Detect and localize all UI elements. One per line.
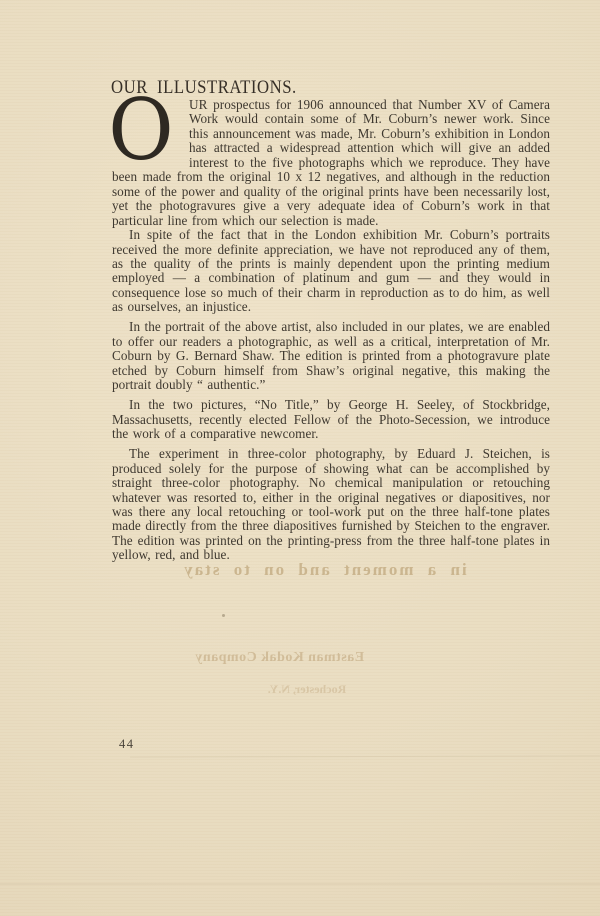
page-number: 44 <box>119 737 135 752</box>
paragraph: In the two pictures, “No Title,” by Geor… <box>112 398 550 441</box>
show-through-text: in a moment and on to stay <box>137 560 512 580</box>
paragraph: OUR prospectus for 1906 announced that N… <box>112 98 550 228</box>
show-through-text: Rochester, N.Y. <box>252 682 362 697</box>
paragraph-text: UR prospectus for 1906 announced that Nu… <box>112 97 550 228</box>
paper-crease <box>130 755 600 757</box>
scanned-book-page: OUR ILLUSTRATIONS. OUR prospectus for 19… <box>0 0 600 916</box>
paragraph: In the portrait of the above artist, als… <box>112 320 550 392</box>
text-column: OUR prospectus for 1906 announced that N… <box>112 98 550 563</box>
drop-cap: O <box>112 99 170 162</box>
paper-crease <box>0 883 600 885</box>
show-through-text: Eastman Kodak Company <box>192 650 367 666</box>
paragraph: The experiment in three-color photograph… <box>112 447 550 563</box>
paragraph: In spite of the fact that in the London … <box>112 228 550 315</box>
paper-speck <box>222 614 225 617</box>
